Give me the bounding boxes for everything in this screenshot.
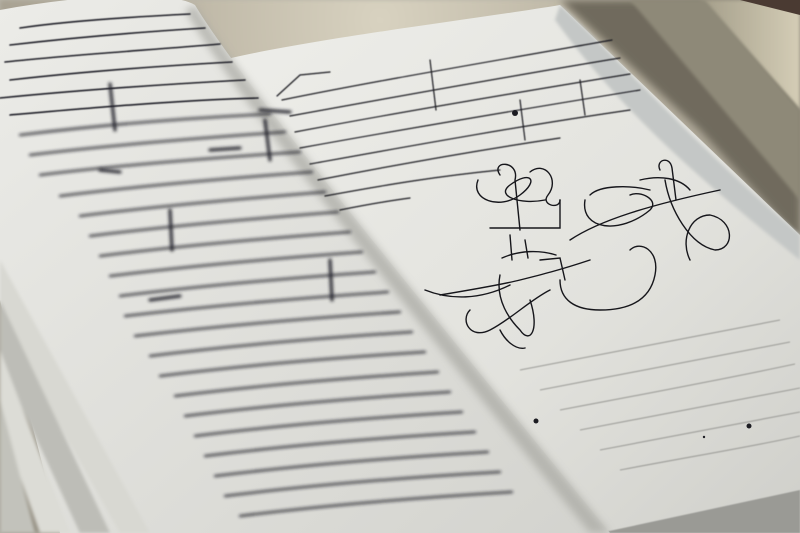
manuscript-photo: Open antique handwritten manuscript book (0, 0, 800, 533)
book-illustration (0, 0, 800, 533)
ink-spot (703, 436, 705, 438)
ink-spot (747, 424, 752, 429)
ink-spot (534, 419, 539, 424)
ink-dot (512, 110, 518, 116)
